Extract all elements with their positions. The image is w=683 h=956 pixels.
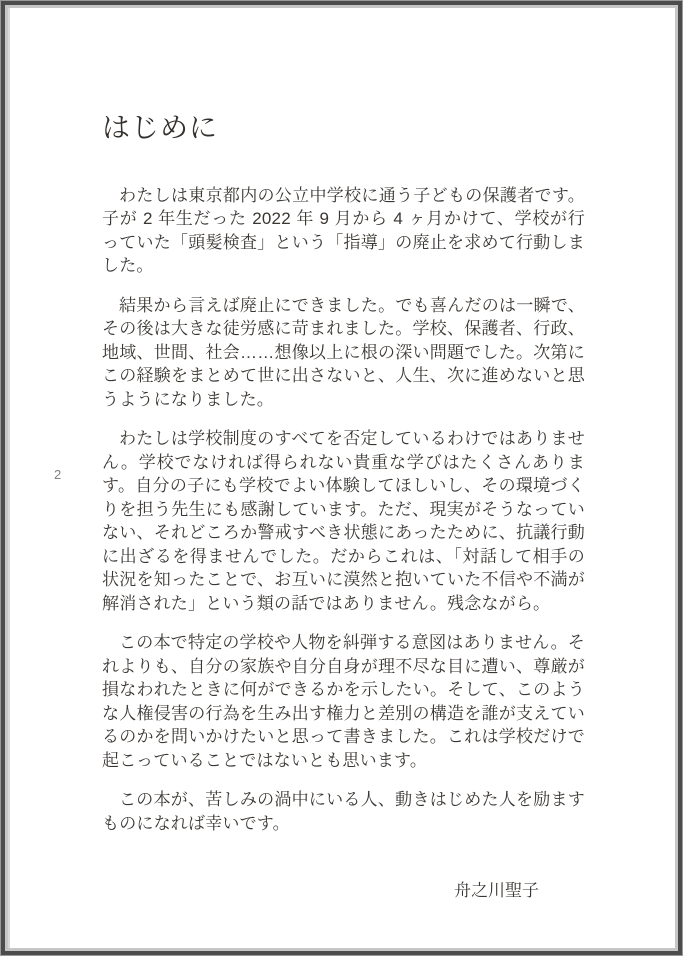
paragraph-5: この本が、苦しみの渦中にいる人、動きはじめた人を励ますものになれば幸いです。 bbox=[102, 788, 585, 835]
page-number: 2 bbox=[54, 468, 61, 481]
chapter-heading: はじめに bbox=[102, 112, 585, 146]
paragraph-2: 結果から言えば廃止にできました。でも喜んだのは一瞬で、その後は大きな徒労感に苛ま… bbox=[102, 294, 585, 412]
author-name: 舟之川聖子 bbox=[102, 879, 585, 903]
paragraph-4: この本で特定の学校や人物を糾弾する意図はありません。それよりも、自分の家族や自分… bbox=[102, 631, 585, 772]
text-column: はじめに わたしは東京都内の公立中学校に通う子どもの保護者です。子が 2 年生だ… bbox=[102, 8, 585, 903]
scan-frame: 2 はじめに わたしは東京都内の公立中学校に通う子どもの保護者です。子が 2 年… bbox=[0, 0, 683, 956]
paragraph-3: わたしは学校制度のすべてを否定しているわけではありません。学校でなければ得られな… bbox=[102, 427, 585, 615]
scan-frame-dark-band: 2 はじめに わたしは東京都内の公立中学校に通う子どもの保護者です。子が 2 年… bbox=[1, 1, 682, 955]
book-page: 2 はじめに わたしは東京都内の公立中学校に通う子どもの保護者です。子が 2 年… bbox=[5, 5, 678, 951]
paragraph-1: わたしは東京都内の公立中学校に通う子どもの保護者です。子が 2 年生だった 20… bbox=[102, 184, 585, 278]
